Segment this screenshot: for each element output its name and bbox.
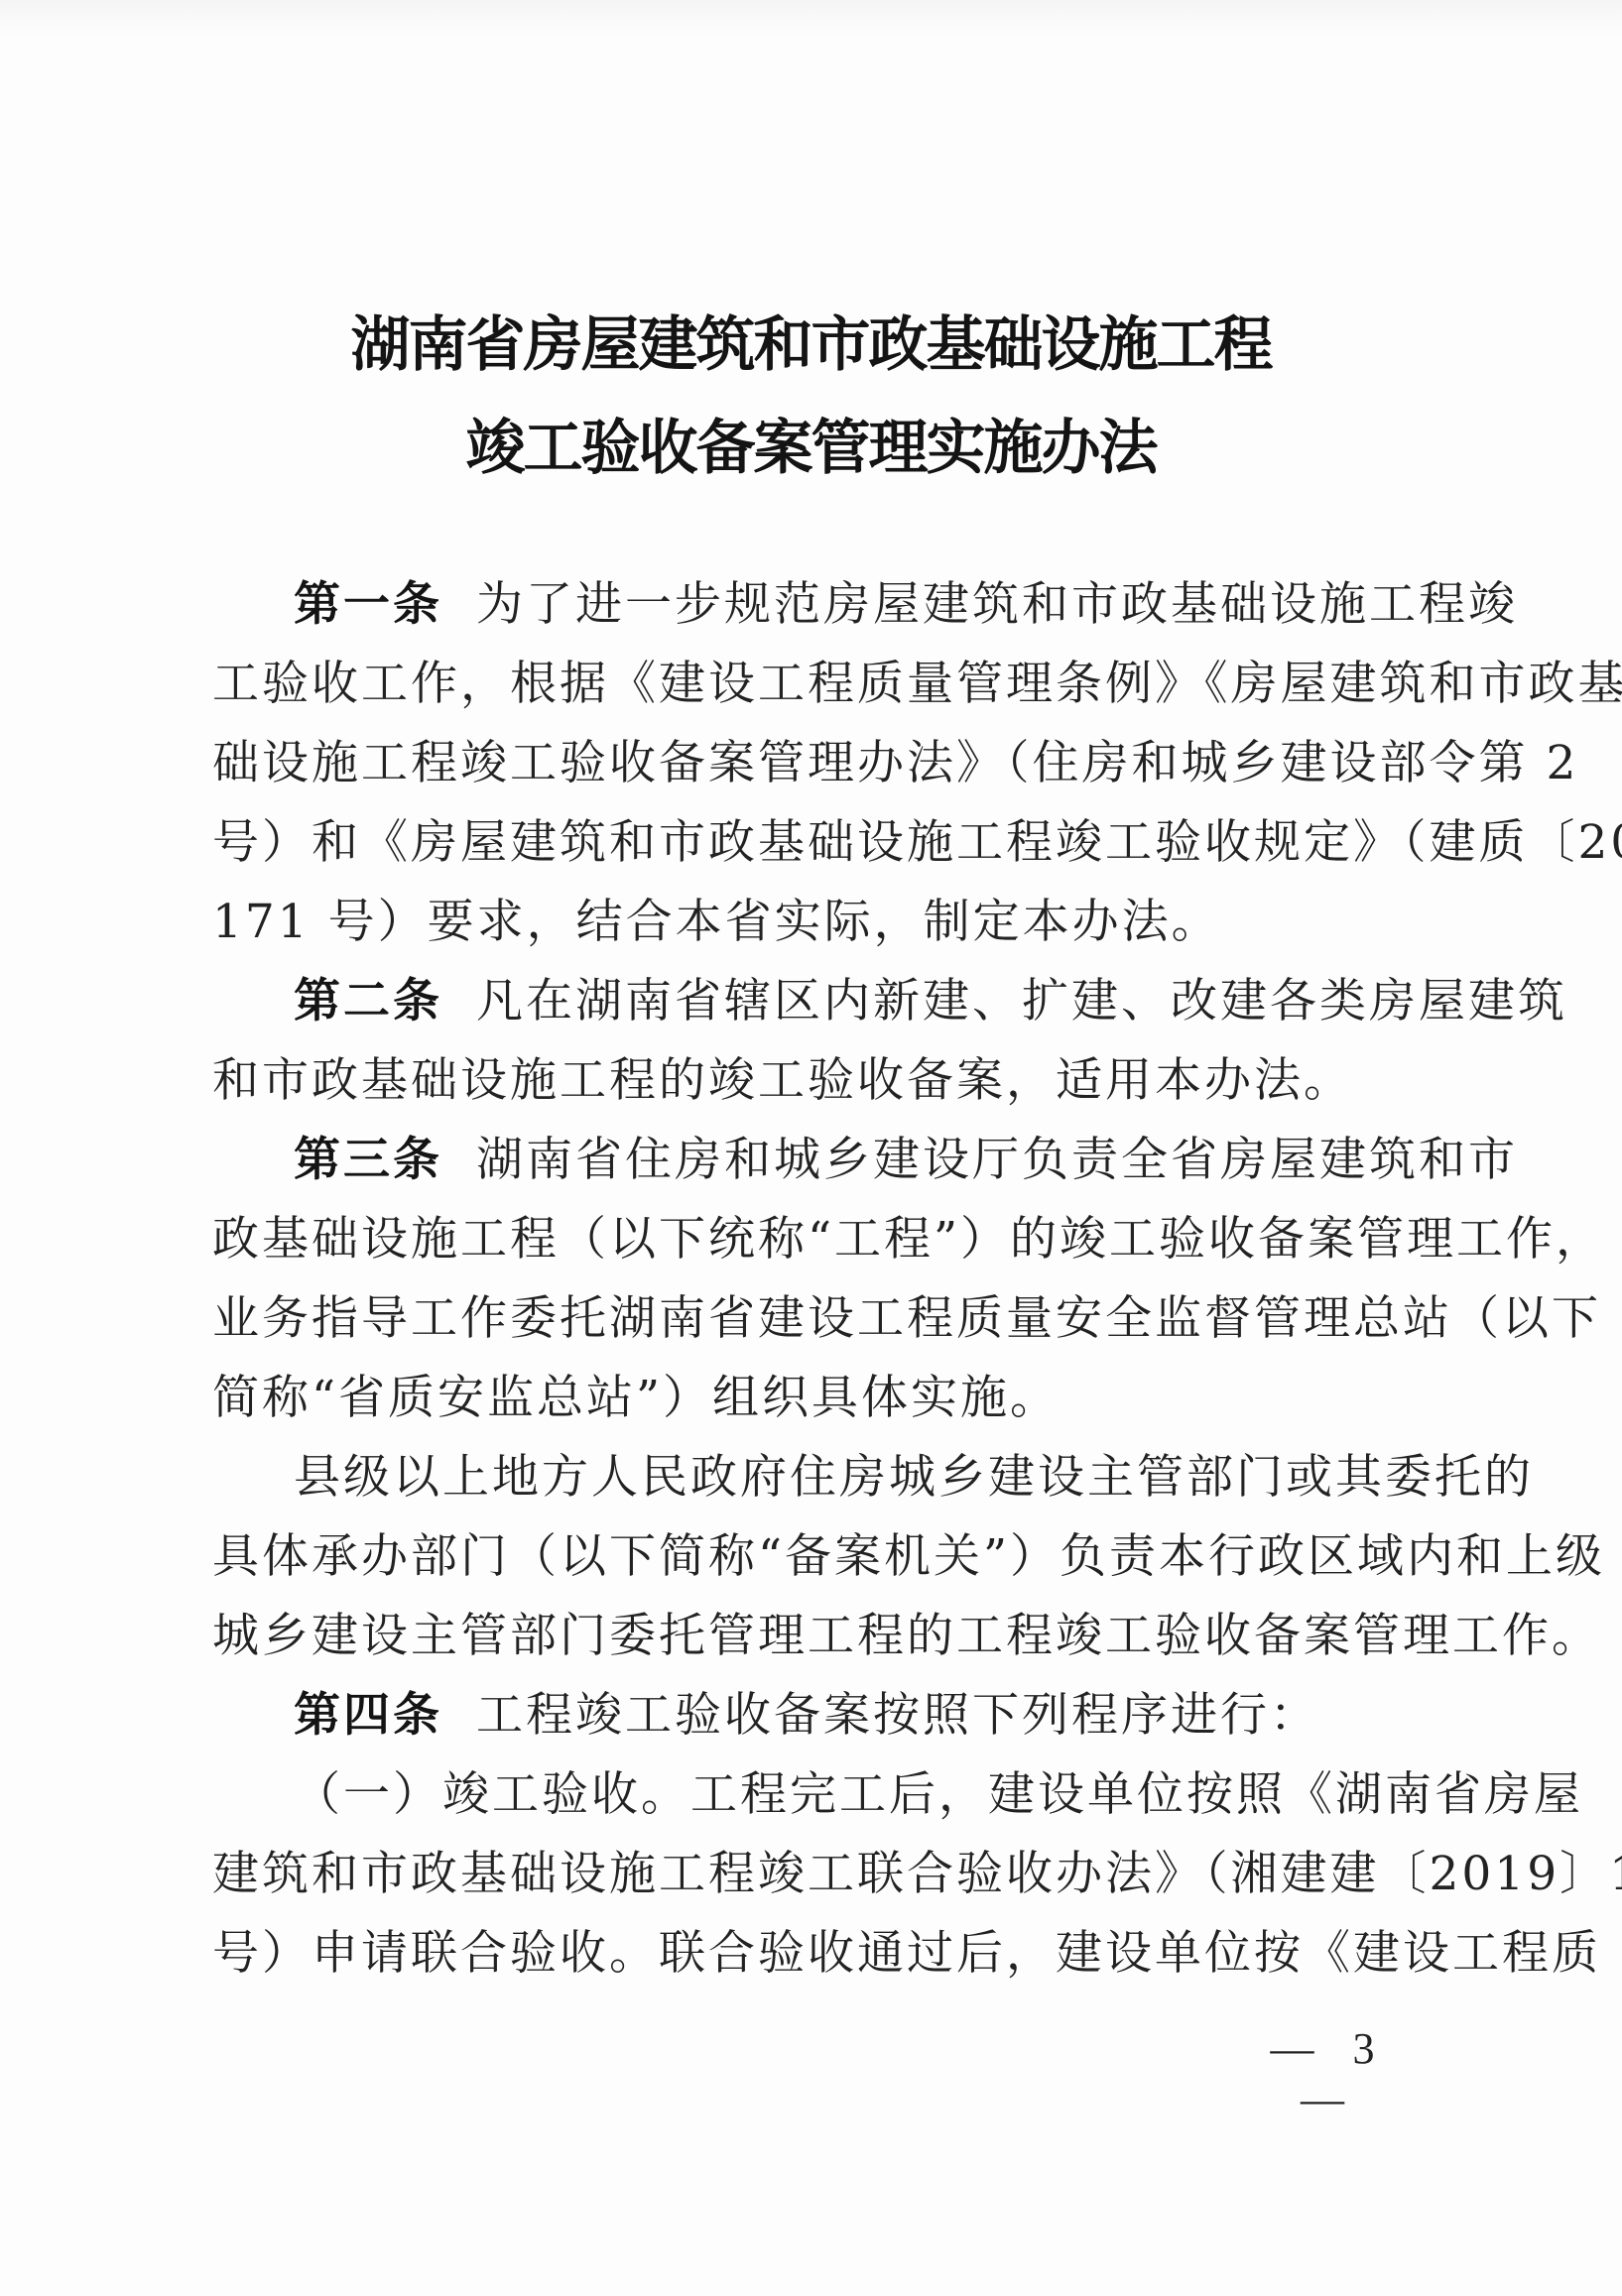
article-2-line-1: 第二条凡在湖南省辖区内新建、扩建、改建各类房屋建筑 bbox=[294, 972, 1409, 1031]
scan-artifact-top bbox=[0, 0, 1622, 40]
article-1-text: 为了进一步规范房屋建筑和市政基础设施工程竣 bbox=[476, 577, 1518, 632]
article-1-heading: 第一条 bbox=[294, 577, 442, 632]
article-1-line-4: 号）和《房屋建筑和市政基础设施工程竣工验收规定》（建质〔2013〕 bbox=[212, 813, 1409, 873]
article-3-line-2: 政基础设施工程（以下统称“工程”）的竣工验收备案管理工作， bbox=[212, 1210, 1409, 1269]
document-title-line-1: 湖南省房屋建筑和市政基础设施工程 bbox=[0, 298, 1622, 383]
item-1-line-2: 建筑和市政基础设施工程竣工联合验收办法》（湘建建〔2019〕134 bbox=[212, 1845, 1409, 1904]
article-3-para-2-line-2: 具体承办部门（以下简称“备案机关”）负责本行政区域内和上级 bbox=[212, 1527, 1409, 1587]
article-3-line-3: 业务指导工作委托湖南省建设工程质量安全监督管理总站（以下 bbox=[212, 1289, 1409, 1349]
article-1-line-1: 第一条为了进一步规范房屋建筑和市政基础设施工程竣 bbox=[294, 575, 1409, 635]
article-3-line-1: 第三条湖南省住房和城乡建设厅负责全省房屋建筑和市 bbox=[294, 1131, 1409, 1190]
article-2-line-2: 和市政基础设施工程的竣工验收备案，适用本办法。 bbox=[212, 1051, 1409, 1111]
article-1-line-5: 171 号）要求，结合本省实际，制定本办法。 bbox=[212, 893, 1409, 952]
article-3-heading: 第三条 bbox=[294, 1133, 442, 1187]
article-3-line-4: 简称“省质安监总站”）组织具体实施。 bbox=[212, 1369, 1409, 1428]
article-4-heading: 第四条 bbox=[294, 1688, 442, 1743]
article-3-para-2-line-1: 县级以上地方人民政府住房城乡建设主管部门或其委托的 bbox=[294, 1448, 1409, 1508]
article-4-line-1: 第四条工程竣工验收备案按照下列程序进行： bbox=[294, 1686, 1409, 1746]
item-1-line-3: 号）申请联合验收。联合验收通过后，建设单位按《建设工程质 bbox=[212, 1924, 1409, 1984]
item-1-line-1: （一）竣工验收。工程完工后，建设单位按照《湖南省房屋 bbox=[294, 1765, 1409, 1825]
article-3-para-2-line-3: 城乡建设主管部门委托管理工程的工程竣工验收备案管理工作。 bbox=[212, 1607, 1409, 1666]
article-4-text: 工程竣工验收备案按照下列程序进行： bbox=[476, 1688, 1319, 1743]
article-2-heading: 第二条 bbox=[294, 974, 442, 1028]
article-1-line-2: 工验收工作，根据《建设工程质量管理条例》《房屋建筑和市政基 bbox=[212, 655, 1409, 714]
page-number: — 3 — bbox=[1230, 2023, 1429, 2124]
article-3-text: 湖南省住房和城乡建设厅负责全省房屋建筑和市 bbox=[476, 1133, 1518, 1187]
document-title-line-2: 竣工验收备案管理实施办法 bbox=[0, 401, 1622, 486]
article-2-text: 凡在湖南省辖区内新建、扩建、改建各类房屋建筑 bbox=[476, 974, 1567, 1028]
article-1-line-3: 础设施工程竣工验收备案管理办法》（住房和城乡建设部令第 2 bbox=[212, 734, 1409, 793]
